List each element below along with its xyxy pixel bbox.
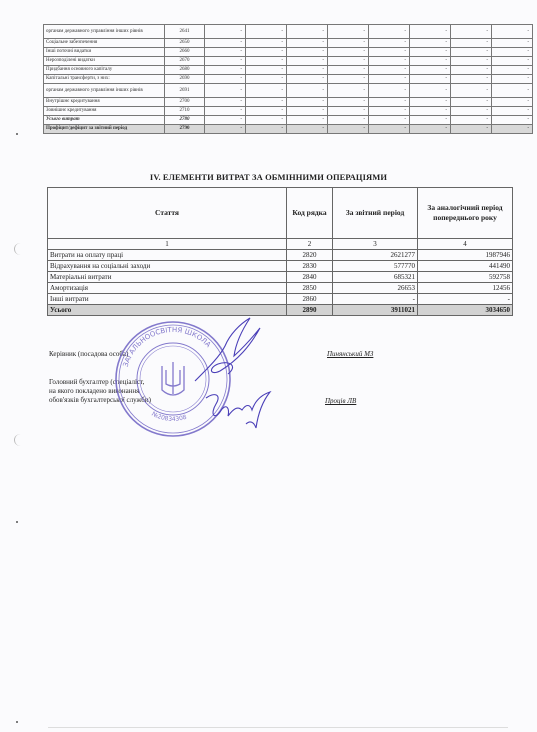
row-value: - [451,39,492,48]
row-value: - [451,116,492,125]
cell-label: Матеріальні витрати [48,272,287,283]
punch-hole-mark [14,434,27,446]
row-value: - [492,39,533,48]
cell-code: 2820 [287,250,333,261]
row-value: - [410,75,451,84]
table-row: Відрахування на соціальні заходи28305777… [48,261,513,272]
row-value: - [410,25,451,39]
row-value: - [369,66,410,75]
row-code: 2700 [165,98,205,107]
cell-label: Витрати на оплату праці [48,250,287,261]
row-value: - [246,66,287,75]
row-value: - [451,84,492,98]
cell-code: 2860 [287,294,333,305]
row-value: - [328,48,369,57]
row-value: - [287,107,328,116]
row-value: - [246,116,287,125]
row-value: - [328,75,369,84]
header-code: Код рядка [287,188,333,239]
row-value: - [328,116,369,125]
row-value: - [451,25,492,39]
row-label: Внутрішнє кредитування [44,98,165,107]
row-value: - [205,25,246,39]
row-value: - [492,98,533,107]
accountant-signature-icon [200,388,280,433]
index-row: 1 2 3 4 [48,239,513,250]
svg-text:№20834308: №20834308 [150,411,187,423]
row-value: - [205,125,246,134]
row-label: Придбання основного капіталу [44,66,165,75]
row-value: - [492,84,533,98]
cell-label: Усього [48,305,287,316]
cell-label: Амортизація [48,283,287,294]
row-value: - [246,75,287,84]
cell-current: 685321 [333,272,418,283]
row-value: - [246,84,287,98]
cell-previous: - [418,294,513,305]
row-code: 2641 [165,25,205,39]
row-value: - [451,98,492,107]
row-label: Інші поточні видатки [44,48,165,57]
table-row: Амортизація28502665312456 [48,283,513,294]
row-value: - [205,48,246,57]
row-code: 2650 [165,39,205,48]
header-current: За звітний період [333,188,418,239]
row-label: Нерозподілені видатки [44,57,165,66]
row-value: - [287,84,328,98]
row-value: - [369,57,410,66]
row-value: - [246,48,287,57]
row-value: - [328,125,369,134]
row-label: органам державного управління інших рівн… [44,84,165,98]
table-row: Капітальні трансферти, з них:2690-------… [44,75,533,84]
table-row: органам державного управління інших рівн… [44,84,533,98]
row-label: Зовнішнє кредитування [44,107,165,116]
row-value: - [492,125,533,134]
cell-code: 2890 [287,305,333,316]
row-value: - [451,107,492,116]
row-code: 2790 [165,125,205,134]
row-value: - [451,66,492,75]
row-value: - [451,125,492,134]
table-row: Зовнішнє кредитування2710-------- [44,107,533,116]
row-value: - [205,116,246,125]
row-value: - [410,66,451,75]
table-row: Профіцит/дефіцит за звітний період2790--… [44,125,533,134]
row-value: - [287,25,328,39]
cell-current: 577770 [333,261,418,272]
row-value: - [287,48,328,57]
row-value: - [369,39,410,48]
row-label: органам державного управління інших рівн… [44,25,165,39]
row-value: - [246,107,287,116]
row-value: - [287,39,328,48]
row-value: - [492,25,533,39]
row-value: - [410,125,451,134]
table-row: Матеріальні витрати2840685321592758 [48,272,513,283]
table-row: Нерозподілені видатки2670-------- [44,57,533,66]
cell-previous: 3034650 [418,305,513,316]
row-value: - [410,48,451,57]
expenses-table: органам державного управління інших рівн… [43,24,533,134]
table-row: Інші поточні видатки2660-------- [44,48,533,57]
row-value: - [492,66,533,75]
scan-speck [16,521,18,523]
row-value: - [369,25,410,39]
row-value: - [287,75,328,84]
row-value: - [328,107,369,116]
table-row: Внутрішнє кредитування2700-------- [44,98,533,107]
row-value: - [410,98,451,107]
row-value: - [205,75,246,84]
cell-previous: 441490 [418,261,513,272]
row-value: - [410,107,451,116]
section-title: IV. ЕЛЕМЕНТИ ВИТРАТ ЗА ОБМІННИМИ ОПЕРАЦІ… [0,172,537,182]
scan-speck [16,133,18,135]
row-value: - [451,48,492,57]
cell-label: Інші витрати [48,294,287,305]
row-value: - [492,75,533,84]
cell-previous: 592758 [418,272,513,283]
row-value: - [369,84,410,98]
row-value: - [287,116,328,125]
table-row: органам державного управління інших рівн… [44,25,533,39]
cell-previous: 1987946 [418,250,513,261]
row-value: - [369,116,410,125]
row-value: - [205,107,246,116]
row-value: - [246,57,287,66]
row-value: - [205,39,246,48]
row-value: - [410,57,451,66]
accountant-name: Проців ЛВ [325,397,356,405]
cell-code: 2850 [287,283,333,294]
row-value: - [369,125,410,134]
row-code: 2660 [165,48,205,57]
row-value: - [492,48,533,57]
head-signature-icon [190,316,270,386]
row-value: - [328,84,369,98]
header-article: Стаття [48,188,287,239]
row-value: - [205,66,246,75]
row-value: - [287,57,328,66]
row-value: - [369,98,410,107]
cell-current: - [333,294,418,305]
footer-line [48,727,508,728]
table-row: Придбання основного капіталу2680-------- [44,66,533,75]
row-value: - [328,57,369,66]
cell-current: 3911021 [333,305,418,316]
table-row: Інші витрати2860-- [48,294,513,305]
row-code: 2780 [165,116,205,125]
row-code: 2680 [165,66,205,75]
row-value: - [246,25,287,39]
row-label: Профіцит/дефіцит за звітний період [44,125,165,134]
row-value: - [492,57,533,66]
row-value: - [287,98,328,107]
row-value: - [328,25,369,39]
row-code: 2690 [165,75,205,84]
row-value: - [246,125,287,134]
row-value: - [492,116,533,125]
row-value: - [205,84,246,98]
row-value: - [205,57,246,66]
row-value: - [328,66,369,75]
exchange-expenses-table: Стаття Код рядка За звітний період За ан… [47,187,513,316]
cell-code: 2840 [287,272,333,283]
cell-previous: 12456 [418,283,513,294]
row-code: 2691 [165,84,205,98]
row-value: - [451,57,492,66]
total-row: Усього289039110213034650 [48,305,513,316]
table-row: Витрати на оплату праці28202621277198794… [48,250,513,261]
cell-code: 2830 [287,261,333,272]
row-value: - [410,39,451,48]
cell-label: Відрахування на соціальні заходи [48,261,287,272]
row-value: - [492,107,533,116]
punch-hole-mark [14,243,27,255]
table-row: Усього витрат2780-------- [44,116,533,125]
scan-speck [16,721,18,723]
row-value: - [369,75,410,84]
row-label: Капітальні трансферти, з них: [44,75,165,84]
row-code: 2710 [165,107,205,116]
row-value: - [369,48,410,57]
cell-current: 2621277 [333,250,418,261]
header-previous: За аналогічний період попереднього року [418,188,513,239]
row-value: - [369,107,410,116]
row-value: - [328,39,369,48]
row-code: 2670 [165,57,205,66]
row-value: - [410,84,451,98]
row-label: Соціальне забезпечення [44,39,165,48]
row-value: - [451,75,492,84]
row-value: - [287,66,328,75]
table-row: Соціальне забезпечення2650-------- [44,39,533,48]
head-name: Пинянський МЗ [327,350,373,358]
row-value: - [246,98,287,107]
row-value: - [410,116,451,125]
row-value: - [287,125,328,134]
cell-current: 26653 [333,283,418,294]
row-value: - [246,39,287,48]
row-value: - [205,98,246,107]
row-label: Усього витрат [44,116,165,125]
row-value: - [328,98,369,107]
